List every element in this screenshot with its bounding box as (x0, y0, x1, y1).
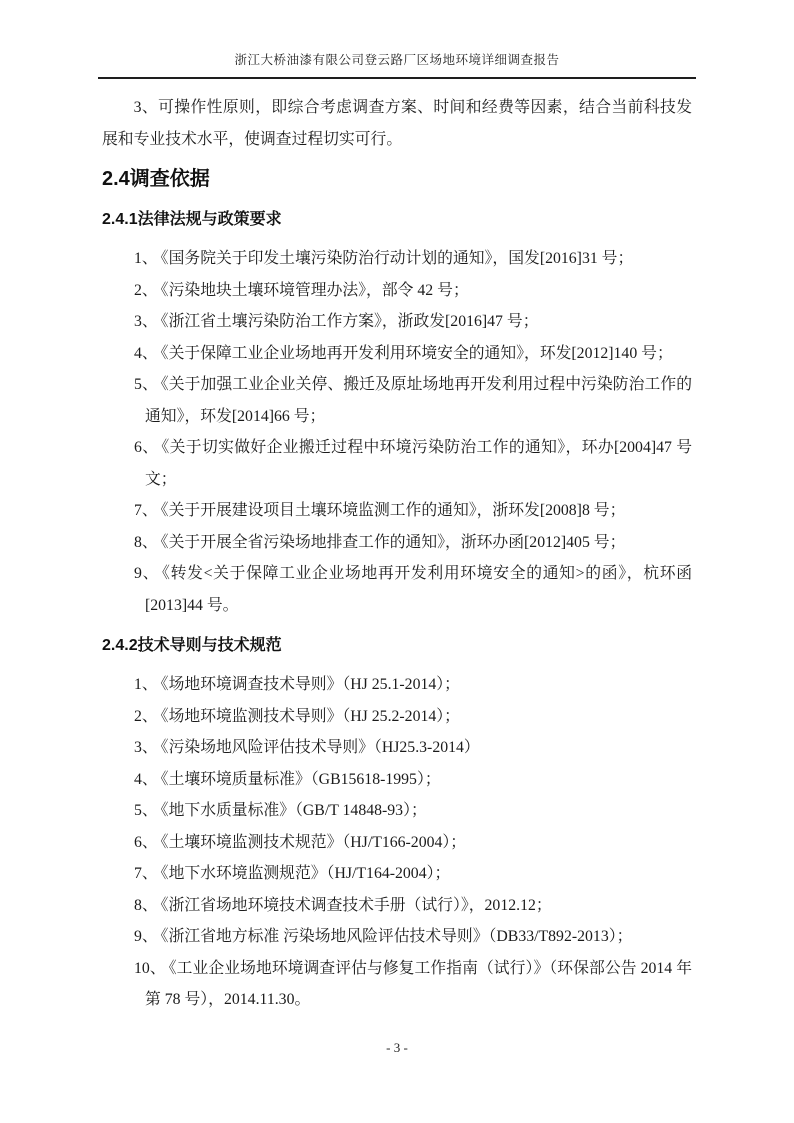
list-item: 5、《关于加强工业企业关停、搬迁及原址场地再开发利用过程中污染防治工作的通知》，… (102, 369, 692, 432)
list-item-number: 5、 (134, 802, 158, 819)
list-item: 3、《污染场地风险评估技术导则》（HJ25.3-2014） (102, 732, 692, 764)
list-item-number: 2、 (134, 282, 158, 299)
list-item: 3、《浙江省土壤污染防治工作方案》，浙政发[2016]47 号； (102, 306, 692, 338)
list-item-number: 2、 (134, 708, 158, 725)
section-heading: 2.4调查依据 (102, 166, 692, 192)
list-item: 2、《场地环境监测技术导则》（HJ 25.2-2014）； (102, 701, 692, 733)
list-item-number: 3、 (134, 739, 158, 756)
intro-paragraph: 3、可操作性原则，即综合考虑调查方案、时间和经费等因素，结合当前科技发展和专业技… (102, 92, 692, 156)
list-item-text: 《关于开展建设项目土壤环境监测工作的通知》，浙环发[2008]8 号； (161, 502, 626, 519)
standards-list: 1、《场地环境调查技术导则》（HJ 25.1-2014）； 2、《场地环境监测技… (102, 669, 692, 1016)
list-item: 8、《关于开展全省污染场地排查工作的通知》，浙环办函[2012]405 号； (102, 527, 692, 559)
list-item: 4、《关于保障工业企业场地再开发利用环境安全的通知》，环发[2012]140 号… (102, 338, 692, 370)
list-item-number: 1、 (134, 676, 158, 693)
list-item-text: 《浙江省地方标准 污染场地风险评估技术导则》（DB33/T892-2013）； (161, 928, 633, 945)
list-item-number: 10、 (134, 960, 166, 977)
list-item: 2、《污染地块土壤环境管理办法》，部令 42 号； (102, 275, 692, 307)
list-item-text: 《国务院关于印发土壤污染防治行动计划的通知》，国发[2016]31 号； (161, 250, 634, 267)
list-item: 9、《浙江省地方标准 污染场地风险评估技术导则》（DB33/T892-2013）… (102, 921, 692, 953)
header-title: 浙江大桥油漆有限公司登云路厂区场地环境详细调查报告 (102, 52, 692, 68)
laws-list: 1、《国务院关于印发土壤污染防治行动计划的通知》，国发[2016]31 号； 2… (102, 243, 692, 621)
list-item-text: 《工业企业场地环境调查评估与修复工作指南（试行）》（环保部公告 2014 年第 … (145, 960, 692, 1009)
list-item-text: 《地下水环境监测规范》（HJ/T164-2004）； (161, 865, 451, 882)
list-item-text: 《关于切实做好企业搬迁过程中环境污染防治工作的通知》，环办[2004]47 号文… (145, 439, 692, 488)
list-item: 9、《转发<关于保障工业企业场地再开发利用环境安全的通知>的函》，杭环函[201… (102, 558, 692, 621)
list-item: 6、《关于切实做好企业搬迁过程中环境污染防治工作的通知》，环办[2004]47 … (102, 432, 692, 495)
list-item-number: 7、 (134, 502, 158, 519)
list-item-text: 《关于加强工业企业关停、搬迁及原址场地再开发利用过程中污染防治工作的通知》，环发… (145, 376, 692, 425)
list-item-number: 6、 (134, 439, 158, 456)
subsection-heading-laws: 2.4.1法律法规与政策要求 (102, 209, 692, 231)
list-item-number: 6、 (134, 834, 158, 851)
list-item-number: 9、 (134, 565, 159, 582)
list-item-number: 7、 (134, 865, 158, 882)
list-item: 7、《地下水环境监测规范》（HJ/T164-2004）； (102, 858, 692, 890)
list-item-text: 《地下水质量标准》（GB/T 14848-93）； (161, 802, 427, 819)
list-item-text: 《关于保障工业企业场地再开发利用环境安全的通知》，环发[2012]140 号； (161, 345, 673, 362)
list-item-text: 《土壤环境监测技术规范》（HJ/T166-2004）； (161, 834, 466, 851)
list-item: 6、《土壤环境监测技术规范》（HJ/T166-2004）； (102, 827, 692, 859)
list-item-number: 3、 (134, 313, 158, 330)
page-number: - 3 - (0, 1040, 794, 1056)
list-item-number: 4、 (134, 771, 158, 788)
list-item-text: 《污染场地风险评估技术导则》（HJ25.3-2014） (161, 739, 480, 756)
list-item: 1、《场地环境调查技术导则》（HJ 25.1-2014）； (102, 669, 692, 701)
list-item-number: 1、 (134, 250, 158, 267)
list-item: 5、《地下水质量标准》（GB/T 14848-93）； (102, 795, 692, 827)
list-item-text: 《场地环境调查技术导则》（HJ 25.1-2014）； (161, 676, 460, 693)
list-item-text: 《污染地块土壤环境管理办法》，部令 42 号； (161, 282, 469, 299)
list-item-number: 9、 (134, 928, 158, 945)
list-item: 4、《土壤环境质量标准》（GB15618-1995）； (102, 764, 692, 796)
list-item-text: 《关于开展全省污染场地排查工作的通知》，浙环办函[2012]405 号； (161, 534, 626, 551)
list-item-number: 4、 (134, 345, 158, 362)
list-item-number: 8、 (134, 897, 158, 914)
list-item-text: 《浙江省场地环境技术调查技术手册（试行）》，2012.12； (161, 897, 552, 914)
list-item-text: 《浙江省土壤污染防治工作方案》，浙政发[2016]47 号； (161, 313, 539, 330)
list-item: 10、《工业企业场地环境调查评估与修复工作指南（试行）》（环保部公告 2014 … (102, 953, 692, 1016)
header-rule (98, 77, 696, 79)
list-item: 1、《国务院关于印发土壤污染防治行动计划的通知》，国发[2016]31 号； (102, 243, 692, 275)
list-item: 8、《浙江省场地环境技术调查技术手册（试行）》，2012.12； (102, 890, 692, 922)
list-item-text: 《场地环境监测技术导则》（HJ 25.2-2014）； (161, 708, 460, 725)
list-item-text: 《转发<关于保障工业企业场地再开发利用环境安全的通知>的函》，杭环函[2013]… (145, 565, 692, 614)
list-item-number: 8、 (134, 534, 158, 551)
list-item: 7、《关于开展建设项目土壤环境监测工作的通知》，浙环发[2008]8 号； (102, 495, 692, 527)
document-page: 浙江大桥油漆有限公司登云路厂区场地环境详细调查报告 3、可操作性原则，即综合考虑… (0, 0, 794, 1123)
list-item-text: 《土壤环境质量标准》（GB15618-1995）； (161, 771, 441, 788)
list-item-number: 5、 (134, 376, 158, 393)
subsection-heading-standards: 2.4.2技术导则与技术规范 (102, 635, 692, 657)
